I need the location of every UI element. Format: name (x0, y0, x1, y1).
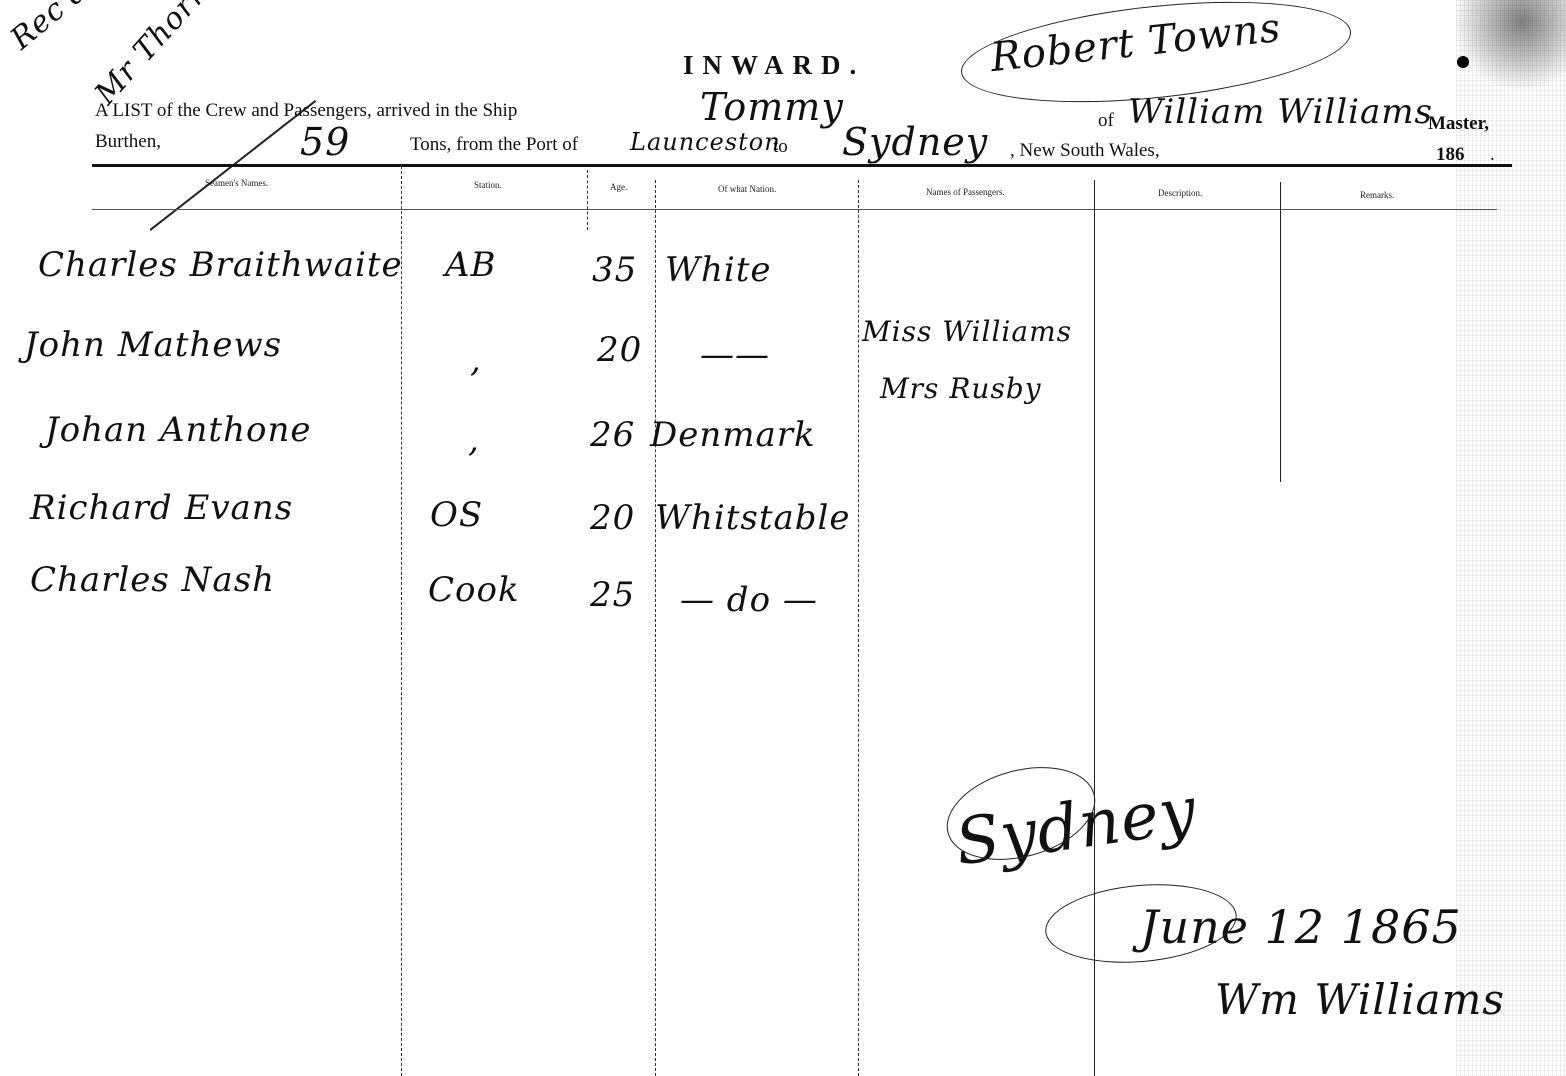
crew-name-3: Johan Anthone (45, 410, 311, 450)
table-top-rule (92, 164, 1512, 167)
col-passenger-names: Names of Passengers. (926, 187, 1005, 197)
col-remarks: Remarks. (1360, 190, 1394, 200)
crew-station-4: OS (430, 495, 483, 535)
crew-nation-3: Denmark (650, 415, 816, 455)
to-label: to (773, 136, 788, 158)
of-label: of (1098, 110, 1114, 132)
col-age: Age. (610, 182, 627, 192)
col-description: Description. (1158, 188, 1202, 198)
new-south-wales-label: , New South Wales, (1010, 140, 1160, 162)
date-flourish (1042, 877, 1240, 970)
crew-station-2: , (470, 340, 482, 380)
crew-nation-5: — do — (680, 580, 818, 620)
port-from: Launceston (630, 128, 781, 156)
year-suffix: . (1490, 144, 1495, 166)
crew-age-4: 20 (590, 498, 635, 538)
col-divider-2 (587, 170, 588, 230)
crew-name-4: Richard Evans (30, 488, 293, 528)
col-divider-6 (1280, 182, 1281, 482)
crew-nation-4: Whitstable (655, 498, 851, 538)
intro-text: A LIST of the Crew and Passengers, arriv… (95, 100, 517, 122)
master-label: Master, (1428, 113, 1489, 135)
crew-station-3: , (468, 420, 480, 460)
crew-age-3: 26 (590, 415, 635, 455)
passenger-name-1: Miss Williams (862, 315, 1072, 348)
port-to: Sydney (842, 120, 988, 164)
tons-label: Tons, from the Port of (410, 134, 578, 156)
burthen-value: 59 (300, 120, 350, 164)
col-seamen-names: Seamen's Names. (205, 178, 268, 188)
crew-name-5: Charles Nash (30, 560, 275, 600)
crew-name-2: John Mathews (24, 325, 282, 365)
crew-nation-2: —— (700, 335, 770, 375)
header-bottom-rule (92, 209, 1497, 210)
year-label: 186 (1436, 144, 1465, 166)
scan-noise-edge (1456, 0, 1566, 1076)
col-divider-1 (401, 166, 402, 1076)
page-title: INWARD. (683, 50, 865, 81)
crew-station-5: Cook (428, 570, 520, 610)
crew-nation-1: White (665, 250, 772, 290)
col-divider-3 (655, 180, 656, 1076)
crew-name-1: Charles Braithwaite (38, 245, 403, 285)
crew-age-5: 25 (590, 575, 635, 615)
crew-age-1: 35 (592, 250, 637, 290)
col-station: Station. (474, 180, 502, 190)
master-name: William Williams (1128, 92, 1433, 132)
passenger-name-2: Mrs Rusby (880, 372, 1042, 405)
col-nation: Of what Nation. (718, 184, 776, 194)
ship-name: Tommy (700, 85, 844, 129)
col-divider-4 (858, 180, 859, 1076)
ink-blot (1457, 56, 1469, 68)
initials-annotation: Mr Thorn (88, 0, 217, 111)
burthen-label: Burthen, (95, 131, 161, 153)
crew-age-2: 20 (597, 330, 642, 370)
crew-station-1: AB (445, 245, 497, 285)
footer-signature: Wm Williams (1215, 975, 1505, 1024)
